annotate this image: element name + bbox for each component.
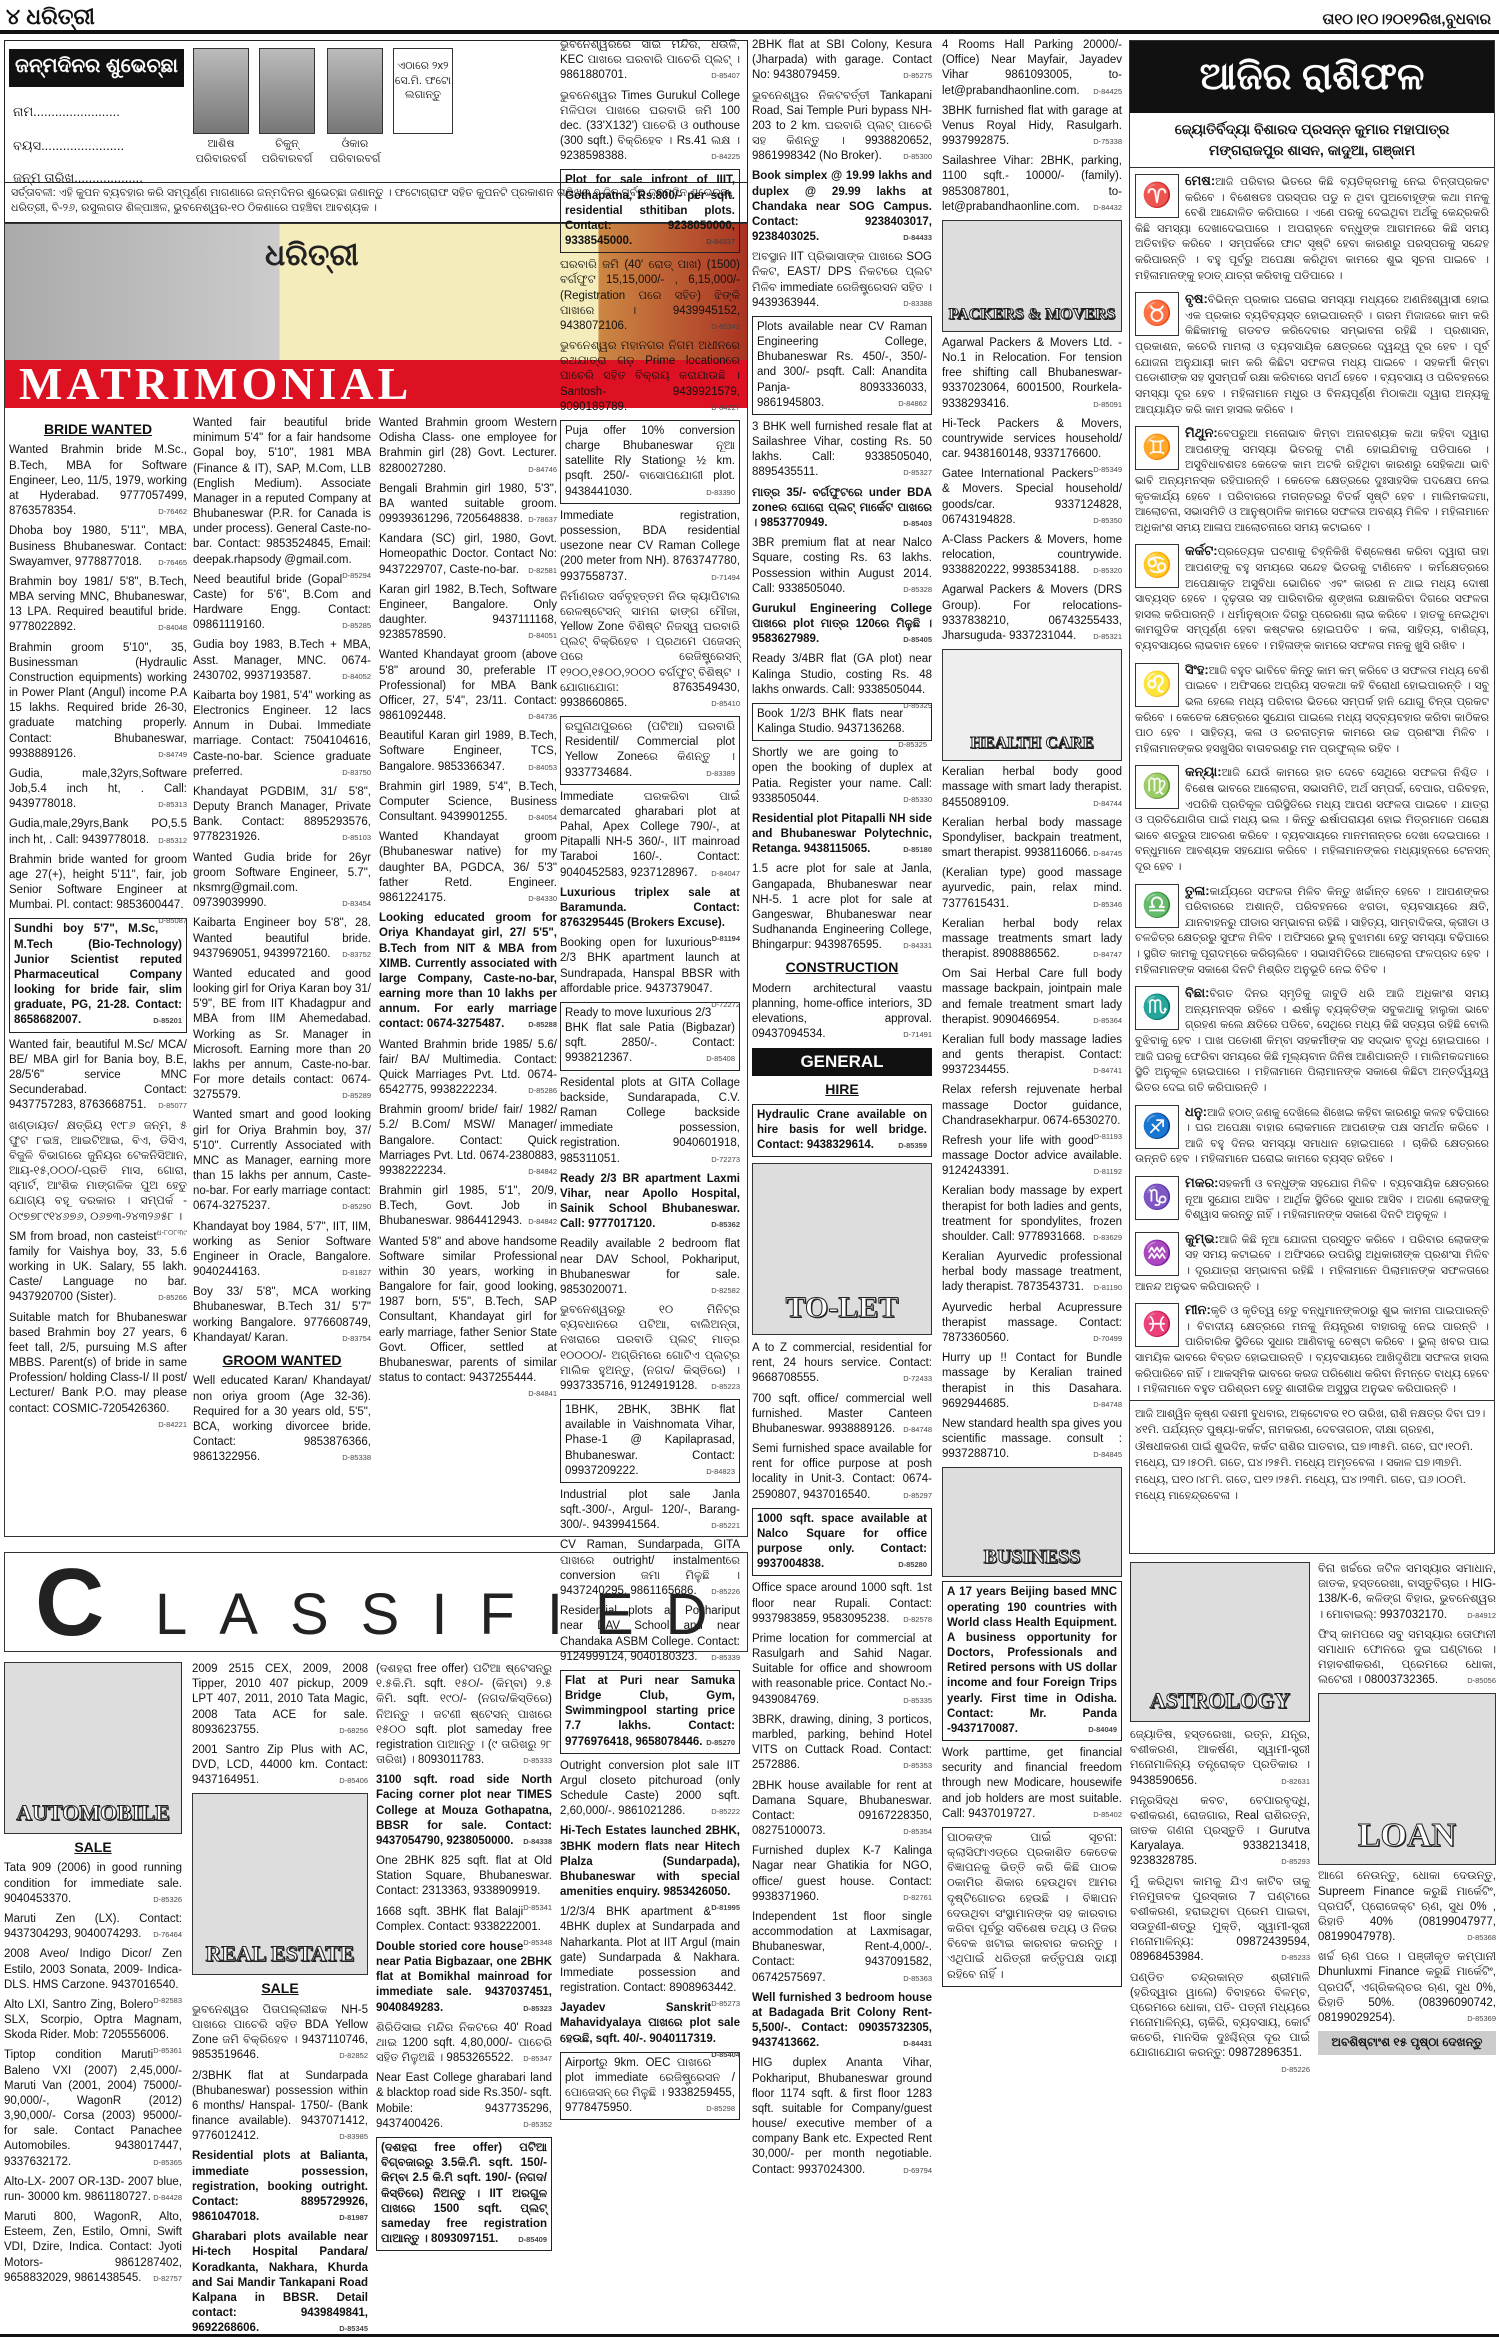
ad-code: D-85288 (528, 1020, 557, 1030)
ad-text: Ready 3/4BR flat (GA plot) near Kalinga … (752, 653, 932, 695)
classified-ad: Wanted smart and good looking girl for O… (193, 1108, 371, 1214)
classified-ad: 2009 2515 CEX, 2009, 2008 Tipper, 2010 4… (192, 1662, 368, 1738)
classified-ad: Brahmin groom/ bride/ fair/ 1982/ 5.2/ B… (379, 1103, 557, 1179)
ad-code: D-84330 (528, 894, 557, 904)
age-field: ବୟସ....................... (13, 137, 124, 154)
classified-ad: Om Sai Herbal Care full body massage bac… (942, 967, 1122, 1028)
classified-ad: ପଣ୍ଡିତ ଚନ୍ଦ୍ରକାନ୍ତ ଶ୍ରୀମାଳି (ହରିଦ୍ୱାର ୱା… (1130, 1971, 1310, 2062)
classified-ad: ଭୁବନେଶ୍ୱରରେ ସାଇ ମନ୍ଦିର, ଧଉଳି, KEC ପାଖରେ … (560, 38, 740, 84)
matrimonial-col-1: BRIDE WANTED Wanted Brahmin bride M.Sc.,… (9, 416, 187, 1430)
classified-ad: Maruti Zen (LX). Contact: 9437304293, 90… (4, 1912, 182, 1942)
ad-code: D-85347 (523, 2054, 552, 2064)
zodiac-entry: ♏ବିଛା:ବିଗତ ଦିନର ସ୍ମୃତିକୁ ଜାବୁଡି ଧରି ଆଜି … (1130, 980, 1494, 1098)
ad-code: D-85286 (528, 1086, 557, 1096)
zodiac-entry: ♒କୁମ୍ଭ:ଆଜି କିଛି ନୂଆ ଯୋଜନା ପ୍ରସ୍ତୁତ କରିବେ… (1130, 1226, 1494, 1297)
classified-ad: Puja offer 10% conversion charge Bhubane… (560, 420, 740, 504)
classified-ad: ଫିସ୍ କାମପରେ ସବୁ ସମସ୍ୟାର ତୋଫାନୀ ସମାଧାନ ଫୋ… (1318, 1628, 1496, 1689)
zodiac-entry: ♎ତୁଳା:କାର୍ଯ୍ୟରେ ସଫଳତା ମିଳିବ କିନ୍ତୁ ଖର୍ଚ୍… (1130, 878, 1494, 981)
classified-ad: Ready to move luxurious 2/3 BHK flat sal… (560, 1002, 740, 1071)
classified-ad: SM from broad, non casteist family for V… (9, 1230, 187, 1306)
classified-ad: ଘରବାରି ଜମି (40' ରୋଡ୍ ପାଖ) (1500) ବର୍ଗଫୁଟ… (560, 258, 740, 334)
ad-code: D-81987 (339, 2213, 368, 2223)
ad-code: D-81827 (342, 1268, 371, 1278)
zodiac-text: ସହକର୍ମୀ ଓ ବନ୍ଧୁଙ୍କ ସହଯୋଗ ମିଳିବ । ବ୍ୟବସାୟ… (1185, 1178, 1489, 1221)
classified-ad: Brahmin boy 1981/ 5'8", B.Tech, MBA serv… (9, 575, 187, 636)
astrology-banner: ASTROLOGY (1130, 1562, 1310, 1722)
ad-code: D-84842 (528, 1167, 557, 1177)
ad-code: D-85280 (898, 1560, 927, 1570)
classified-ad: ଭୁବନେଶ୍ୱର ପିତାପଲ୍ଲୀଛକ NH-5 ପାଖରେ ପାଚେରି … (192, 2003, 368, 2064)
zodiac-text: କୃତି ଓ କୃତିତ୍ୱ ହେତୁ ବନ୍ଧୁମାନଙ୍କଠାରୁ ଶୁଭ … (1135, 1305, 1489, 1395)
to-let-banner: TO-LET (752, 1163, 932, 1335)
ad-code: D-71491 (903, 1030, 932, 1040)
ad-code: D-84744 (1093, 799, 1122, 809)
ad-code: D-84736 (528, 712, 557, 722)
classified-ad: ମନ୍ତ୍ରସିଦ୍ଧ କବଚ, ବେପାରବୃଦ୍ଧି, ବଶୀକରଣ, ରୋ… (1130, 1794, 1310, 1870)
ad-code: D-85091 (1093, 400, 1122, 410)
zodiac-icon: ♊ (1135, 426, 1179, 470)
classified-ad: 2008 Aveo/ Indigo Dicor/ Zen Estilo, 200… (4, 1947, 182, 1993)
zodiac-name: ବିଛା: (1185, 985, 1209, 1000)
ad-code: D-85407 (711, 71, 740, 81)
ad-code: D-85335 (903, 1696, 932, 1706)
classified-ad: Wanted Khandayat groom (above 5'8" aroun… (379, 648, 557, 724)
classified-ad: 1BHK, 2BHK, 3BHK flat available in Vaish… (560, 1399, 740, 1483)
classified-ad: 2/3BHK flat at Sundarpada (Bhubaneswar) … (192, 2069, 368, 2145)
classified-ad: ଶିରିଡିସାଇ ମନ୍ଦିର ନିକଟରେ 40' Road ଥାଇ 120… (376, 2021, 552, 2067)
ad-code: D-85402 (1093, 1810, 1122, 1820)
classified-ad: 1/2/3/4 BHK apartment & 4BHK duplex at S… (560, 1905, 740, 1996)
matrimonial-col-3: Wanted Brahmin groom Western Odisha Clas… (379, 416, 557, 1399)
ad-code: D-84842 (528, 1217, 557, 1227)
classified-ad: Gurukul Engineering College ପାଖରେ plot ମ… (752, 602, 932, 648)
ad-code: D-84054 (528, 813, 557, 823)
classified-ad: Dhoba boy 1980, 5'11", MBA, Business Bhu… (9, 524, 187, 570)
ad-text: Hi-Tech Estates launched 2BHK, 3BHK mode… (560, 1825, 740, 1898)
ad-code: D-85297 (903, 1491, 932, 1501)
ad-code: D-85313 (158, 800, 187, 810)
classified-ad: Ready 2/3 BR apartment Laxmi Vihar, near… (560, 1172, 740, 1233)
name-field: ନାମ........................ (13, 103, 120, 120)
ad-code: D-84425 (1093, 87, 1122, 97)
health-care-banner: HEALTH CARE (942, 649, 1122, 761)
classified-ad: Keralian body massage by expert therapis… (942, 1184, 1122, 1245)
classified-ad: Work parttime, get financial security an… (942, 1746, 1122, 1822)
loan-banner: LOAN (1318, 1693, 1496, 1865)
matrimonial-col-2: Wanted fair beautiful bride minimum 5'4"… (193, 416, 371, 1470)
realestate-col-a: ଭୁବନେଶ୍ୱରରେ ସାଇ ମନ୍ଦିର, ଧଉଳି, KEC ପାଖରେ … (560, 38, 740, 2125)
ad-code: D-81192 (1094, 1167, 1122, 1177)
classified-ad: ଆଗେ ନେଉନ୍ତୁ, ଧୋକା ଦେଉନ୍ତୁ, Supreem Finan… (1318, 1869, 1496, 1945)
classified-ad: 700 sqft. office/ commercial well furnis… (752, 1392, 932, 1438)
zodiac-text: ବେପରୁଆ ମନୋଭାବ କିମ୍ବା ଅନାବଶ୍ୟକ କଥା କହିବା … (1135, 428, 1489, 534)
zodiac-icon: ♌ (1135, 663, 1179, 707)
classified-ad: 2001 Santro Zip Plus with AC, DVD, LCD, … (192, 1743, 368, 1789)
classified-ad: Hi-Tech Estates launched 2BHK, 3BHK mode… (560, 1824, 740, 1900)
zodiac-entry: ♌ସିଂହ:ଆଜି ବହୁତ ଭାବିବେ କିନ୍ତୁ କାମ କମ୍ କରି… (1130, 657, 1494, 760)
classified-ad: Prime location for commercial at Rasulga… (752, 1632, 932, 1708)
zodiac-name: ସିଂହ: (1185, 662, 1209, 677)
business-banner: BUSINESS (942, 1467, 1122, 1577)
classified-ad: Gharabari plots available near Hi-tech H… (192, 2230, 368, 2336)
ad-code: D-85338 (342, 1453, 371, 1463)
ad-code: D-82578 (903, 1615, 932, 1625)
ad-code: D-85323 (523, 2004, 552, 2014)
ad-code: D-84428 (153, 2193, 182, 2203)
zodiac-icon: ♐ (1135, 1105, 1179, 1149)
ad-code: D-84052 (342, 672, 371, 682)
classified-ad: Plots available near CV Raman Engineerin… (752, 316, 932, 415)
classified-ad: ଖର୍ଚ୍ଚ ଋଣ ପରେ । ପଞ୍ଜୀକୃତ କମ୍ପାନୀ Dhunlux… (1318, 1950, 1496, 2026)
classified-ad: Semi furnished space available for rent … (752, 1442, 932, 1503)
ad-text: 1/2/3/4 BHK apartment & 4BHK duplex at S… (560, 1906, 740, 1994)
zodiac-name: କର୍କଟ: (1185, 543, 1218, 558)
zodiac-icon: ♓ (1135, 1303, 1179, 1347)
ad-code: D-85346 (1093, 900, 1122, 910)
ad-code: D-85325 (898, 740, 927, 750)
classified-ad: Airportରୁ 9km. OEC ପାଖରେ plot immediate … (560, 2052, 740, 2121)
ad-code: D-85294 (342, 571, 371, 581)
zodiac-entry: ♋କର୍କଟ:ପ୍ରତ୍ୟେକ ଘଟଣାକୁ ଚିହ୍ନିକିଖି ବିଶ୍ଳେ… (1130, 538, 1494, 656)
ad-text: Wanted smart and good looking girl for O… (193, 1109, 371, 1212)
issue-date: ତା୧୦।୧୦।୨୦୧୨ରିଖ,ବୁଧବାର (1322, 10, 1491, 30)
classified-ad: HIG duplex Ananta Vihar, Pokhariput, Bhu… (752, 2056, 932, 2177)
ad-code: D-85354 (903, 1827, 932, 1837)
ad-code: D-85298 (706, 2104, 735, 2114)
ad-text: Book 1/2/3 BHK flats near Kalinga Studio… (757, 708, 905, 735)
ad-code: D-84051 (528, 631, 557, 641)
classified-ad: Wanted Brahmin groom Western Odisha Clas… (379, 416, 557, 477)
ad-code: D-85362 (711, 1220, 740, 1230)
classified-ad: 3100 sqft. road side North Facing corner… (376, 1773, 552, 1849)
classified-ad: 3BRK, drawing, dining, 3 porticos, marbl… (752, 1713, 932, 1774)
ad-text: Sundhi boy 5'7", M.Sc, M.Tech (Bio-Techn… (14, 923, 182, 1026)
packers-movers-banner: PACKERS & MOVERS (942, 220, 1122, 332)
ad-code: D-84748 (903, 1425, 932, 1435)
classified-ad: ଭୁବନେଶ୍ୱରରୁ ୧୦ ମିନିଟ୍ର ବ୍ୟବଧାନରେ ପଟିଆ, ବ… (560, 1303, 740, 1394)
auto-realestate-col: 2009 2515 CEX, 2009, 2008 Tipper, 2010 4… (192, 1662, 368, 2341)
ad-text: 2008 Aveo/ Indigo Dicor/ Zen Estilo, 200… (4, 1948, 182, 1990)
ad-text: Brahmin groom 5'10", 35, Businessman (Hy… (9, 642, 187, 760)
groom-wanted-heading: GROOM WANTED (193, 1351, 371, 1369)
ad-code: D-84047 (711, 869, 740, 879)
ad-text: ପାଠକଙ୍କ ପାଇଁ ସୂଚନା: କ୍ଲାସିଫାଏଡ୍ରେ ପ୍ରକାଶ… (947, 1832, 1117, 1981)
classified-ad: Hydraulic Crane available on hire basis … (752, 1104, 932, 1158)
classified-ad: Bengali Brahmin girl 1980, 5'3", BA want… (379, 482, 557, 528)
ad-text: One 2BHK 825 sqft. flat at Old Station S… (376, 1855, 552, 1897)
classified-ad: Keralian Ayurvedic professional herbal b… (942, 1250, 1122, 1296)
classified-ad: Agarwal Packers & Movers (DRS Group). Fo… (942, 583, 1122, 644)
birthday-title: ଜନ୍ମଦିନର ଶୁଭେଚ୍ଛା (9, 49, 184, 87)
ad-code: D-72272 (711, 1000, 740, 1010)
ad-code: ଧ-୮୦୮୩୯ (157, 1228, 187, 1238)
ad-text: Tiptop condition Maruti Baleno VXI (2007… (4, 2049, 182, 2167)
zodiac-entry: ♍କନ୍ୟା:ଆଜି ଯେଉଁ କାମରେ ହାତ ଦେବେ ସେଥିରେ ସଫ… (1130, 759, 1494, 877)
classified-ad: 2BHK flat at SBI Colony, Kesura (Jharpad… (752, 38, 932, 84)
classified-ad: Modern architectural vaastu planning, ho… (752, 982, 932, 1043)
classified-ad: Khandayat PGDBIM, 31/ 5'8", Deputy Branc… (193, 785, 371, 846)
construction-heading: CONSTRUCTION (752, 958, 932, 976)
classified-ad: Plot for sale infront of IIIT, Gothapatn… (560, 169, 740, 253)
classified-ad: ଭୁବନେଶ୍ୱର ମହାନଗର ନିଗମ ଅଧୀନରେ ରଥଯାତ୍ରା ଗଡ… (560, 339, 740, 415)
classified-ad: ମୁଁ କରିଥିବା କାମକୁ ଯିଏ କାଟିବ ତାକୁ ମନମୁତାବ… (1130, 1875, 1310, 1966)
classified-ad: Boy 33/ 5'8", MCA working Bhubaneswar, B… (193, 1285, 371, 1346)
ad-code: D-83752 (342, 950, 371, 960)
ad-code: D-82761 (903, 1893, 932, 1903)
ad-text: (ଦଶହରା free offer) ପଟିଆ ଷ୍ଟେସନ୍ରୁ ୧.୫କି.… (376, 1663, 552, 1766)
ad-code: D-85410 (711, 699, 740, 709)
ad-text: Relax refersh rejuvenate herbal massage … (942, 1084, 1122, 1126)
ad-text: ମୁଁ କରିଥିବା କାମକୁ ଯିଏ କାଟିବ ତାକୁ ମନମୁତାବ… (1130, 1876, 1310, 1964)
classified-ad: Suitable match for Bhubaneswar based Bra… (9, 1311, 187, 1417)
classified-ad: Readily available 2 bedroom flat near DA… (560, 1237, 740, 1298)
classified-ad: Furnished duplex K-7 Kalinga Nagar near … (752, 1844, 932, 1905)
ad-code: D-84747 (1093, 950, 1122, 960)
ad-code: D-81995 (711, 1903, 740, 1913)
ad-code: D-85087 (158, 916, 187, 926)
classified-ad: 1000 sqft. space available at Nalco Squa… (752, 1508, 932, 1577)
ad-code: D-85405 (903, 635, 932, 645)
classified-ad: Agarwal Packers & Movers Ltd. - No.1 in … (942, 336, 1122, 412)
classified-ad: Hi-Teck Packers & Movers, countrywide se… (942, 417, 1122, 463)
classified-ad: A-Class Packers & Movers, home relocatio… (942, 533, 1122, 579)
ad-code: D-85223 (711, 1382, 740, 1392)
ad-code: D-82757 (153, 2274, 182, 2284)
ad-text: Wanted 5'8" and above handsome Software … (379, 1236, 557, 1385)
classified-ad: Office space around 1000 sqft. 1st floor… (752, 1581, 932, 1627)
classified-ad: Tata 909 (2006) in good running conditio… (4, 1861, 182, 1907)
classified-ad: Looking educated groom for Oriya Khanday… (379, 911, 557, 1032)
classified-ad: Near East College gharabari land & black… (376, 2071, 552, 2132)
ad-code: D-85320 (1093, 566, 1122, 576)
ad-code: D-76465 (158, 558, 187, 568)
classified-ad: Kaibarta Engineer boy 5'8", 28. Wanted b… (193, 916, 371, 962)
zodiac-icon: ♉ (1135, 292, 1179, 336)
ad-code: D-85363 (903, 1974, 932, 1984)
zodiac-name: ମେଷ: (1185, 173, 1215, 188)
classified-ad: ମାତ୍ର 35/- ବର୍ଗଫୁଟରେ under BDA zoneର ଘୋର… (752, 486, 932, 532)
ad-text: Luxurious triplex sale at Baramunda. Con… (560, 887, 740, 929)
zodiac-entry: ♊ମିଥୁନ:ବେପରୁଆ ମନୋଭାବ କିମ୍ବା ଅନାବଶ୍ୟକ କଥା… (1130, 420, 1494, 538)
classified-banner: C LASSIFIED (4, 1552, 748, 1652)
ad-code: D-85403 (903, 519, 932, 529)
auto-sale-heading: SALE (4, 1838, 182, 1856)
classified-ad: Well furnished 3 bedroom house at Badaga… (752, 1991, 932, 2052)
realestate-col-c: 4 Rooms Hall Parking 20000/- (Office) Ne… (942, 38, 1122, 1992)
ad-code: D-84912 (1467, 1611, 1496, 1621)
classified-ad: ବିନା ଖର୍ଚ୍ଚରେ ଜଟିଳ ସମସ୍ୟାର ସମାଧାନ, ଜାତକ,… (1318, 1562, 1496, 1623)
ad-text: Wanted fair beautiful bride minimum 5'4"… (193, 417, 371, 566)
ad-code: D-84748 (1093, 1400, 1122, 1410)
zodiac-name: ମୀନ: (1185, 1302, 1211, 1317)
classified-ad: Brahmin girl 1985, 5'1", 20/9, B.Tech, G… (379, 1184, 557, 1230)
ad-code: D-85350 (1093, 516, 1122, 526)
classified-ad: Sundhi boy 5'7", M.Sc, M.Tech (Bio-Techn… (9, 918, 187, 1032)
ad-code: D-84225 (711, 152, 740, 162)
classified-ad: Wanted fair beautiful bride minimum 5'4"… (193, 416, 371, 568)
ad-code: D-68256 (339, 1726, 368, 1736)
classified-ad: New standard health spa gives you scient… (942, 1417, 1122, 1463)
panchang-note: ଆଜି ଆଶ୍ୱିନ କୃଷ୍ଣ ଦଶମୀ ବୁଧବାର, ଅକ୍ଟୋବର ୧୦… (1130, 1400, 1494, 1510)
classified-ad: Need beautiful bride (Gopal Caste) for 5… (193, 573, 371, 634)
classified-ad: Kaibarta boy 1981, 5'4" working as Elect… (193, 689, 371, 780)
classified-ad: ଖଣ୍ଡାୟତ/ କ୍ଷତ୍ରିୟ ୧୯୮୬ ଜନ୍ମ, ୫ ଫୁଟ ୮ଇଞ୍ଚ… (9, 1119, 187, 1225)
classified-ad: Ayurvedic herbal Acupressure therapist m… (942, 1301, 1122, 1347)
classified-ad: Residential plot Pitapalli NH side and B… (752, 812, 932, 858)
re-sale-heading: SALE (192, 1979, 368, 1997)
classified-ad: Keralian herbal body massage Spondyliser… (942, 816, 1122, 862)
ad-code: D-82582 (711, 1286, 740, 1296)
classified-ad: Wanted 5'8" and above handsome Software … (379, 1235, 557, 1387)
classified-ad: 3BR premium flat at near Nalco Square, c… (752, 536, 932, 597)
ad-code: D-85348 (523, 1938, 552, 1948)
ad-code: D-83390 (706, 488, 735, 498)
ad-text: Residental plots at GITA Collage backsid… (560, 1077, 740, 1165)
ad-text: Hi-Teck Packers & Movers, countrywide se… (942, 418, 1122, 460)
classified-ad: Brahmin groom 5'10", 35, Businessman (Hy… (9, 641, 187, 762)
bride-wanted-heading: BRIDE WANTED (9, 420, 187, 438)
ad-code: D-85353 (903, 1761, 932, 1771)
ad-code: D-85329 (903, 701, 932, 711)
ad-code: D-78637 (528, 515, 557, 525)
ad-text: Booking open for luxurious 2/3 BHK apart… (560, 937, 740, 995)
ad-code: D-85056 (1467, 1676, 1496, 1686)
astrology-col: ASTROLOGY ଜ୍ୟୋତିଷ, ହସ୍ତରେଖା, ରତ୍ନ, ଯନ୍ତ୍… (1130, 1562, 1310, 2075)
ad-code: D-82581 (528, 566, 557, 576)
classified-ad: Gatee International Packers & Movers. Sp… (942, 467, 1122, 528)
ad-code: D-82583 (153, 1996, 182, 2006)
classified-ad: Independent 1st floor single accommodati… (752, 1910, 932, 1986)
ad-code: D-85222 (711, 1807, 740, 1817)
ad-code: D-85406 (339, 1776, 368, 1786)
ad-code: D-85300 (903, 152, 932, 162)
automobile-col: AUTOMOBILE SALE Tata 909 (2006) in good … (4, 1662, 182, 2291)
page-header: ୪ ଧରିତ୍ରୀ ତା୧୦।୧୦।୨୦୧୨ରିଖ,ବୁଧବାର (0, 0, 1499, 34)
ad-text: Brahmin bride wanted for groom age 27(+)… (9, 854, 187, 912)
classified-ad: Beautiful Karan girl 1989, B.Tech, Softw… (379, 729, 557, 775)
ad-code: D-70499 (1093, 1334, 1122, 1344)
ad-code: D-85270 (706, 1738, 735, 1748)
ad-code: D-75338 (1093, 137, 1122, 147)
zodiac-icon: ♋ (1135, 544, 1179, 588)
ad-code: D-85352 (523, 2120, 552, 2130)
ad-code: D-84338 (523, 1837, 552, 1847)
zodiac-name: ମିଥୁନ: (1185, 425, 1218, 440)
classified-ad: Double storied core house near Patia Big… (376, 1940, 552, 2016)
classified-ad: Flat at Puri near Samuka Bridge Club, Gy… (560, 1670, 740, 1754)
ad-code: D-83389 (706, 769, 735, 779)
ad-code: D-85275 (903, 71, 932, 81)
ad-text: Suitable match for Bhubaneswar based Bra… (9, 1312, 187, 1415)
ad-text: ନିର୍ମାଣରତ ସର୍ବବୃହତ୍ତମ ନିଉ କ୍ୟାପିଟାଲ ରେଳଷ… (560, 591, 740, 709)
ad-text: ଭୁବନେଶ୍ୱରରୁ ୧୦ ମିନିଟ୍ର ବ୍ୟବଧାନରେ ପଟିଆ, ବ… (560, 1304, 740, 1392)
classified-ad: Gudia,male,29yrs,Bank PO,5.5 inch ht, . … (9, 817, 187, 847)
ad-code: D-85330 (903, 795, 932, 805)
ad-text: Kaibarta boy 1981, 5'4" working as Elect… (193, 690, 371, 778)
ad-text: Plots available near CV Raman Engineerin… (757, 321, 927, 409)
ad-code: D-76462 (158, 507, 187, 517)
ad-code: D-85312 (158, 836, 187, 846)
ad-code: D-84221 (158, 1420, 187, 1430)
zodiac-icon: ♍ (1135, 765, 1179, 809)
ad-code: D-83454 (342, 899, 371, 909)
continued-on-page-15[interactable]: ଅବଶିଷ୍ଟାଂଶ ୧୫ ପୃଷ୍ଠା ଦେଖନ୍ତୁ (1318, 2031, 1496, 2055)
ad-code: D-85328 (903, 585, 932, 595)
classified-ad: Shortly we are going to open the booking… (752, 746, 932, 807)
classified-ad: Keralian herbal body good massage with s… (942, 765, 1122, 811)
ad-text: Looking educated groom for Oriya Khanday… (379, 912, 557, 1030)
classified-ad: Immediate ଘରକରିବା ପାଇଁ demarcated gharab… (560, 790, 740, 881)
ad-code: D-85077 (158, 1101, 187, 1111)
classified-ad: Immediate registration, possession, BDA … (560, 509, 740, 585)
zodiac-text: କାର୍ଯ୍ୟରେ ସଫଳତା ମିଳିବ କିନ୍ତୁ ଖର୍ଚ୍ଚାନ୍ତ … (1135, 886, 1489, 976)
ad-code: D-85365 (153, 2158, 182, 2168)
classified-ad: Well educated Karan/ Khandayat/ non oriy… (193, 1374, 371, 1465)
zodiac-entry: ♑ମକର:ସହକର୍ମୀ ଓ ବନ୍ଧୁଙ୍କ ସହଯୋଗ ମିଳିବ । ବ୍… (1130, 1170, 1494, 1226)
real-estate-banner: REAL ESTATE (192, 1793, 368, 1975)
classified-ad: Luxurious triplex sale at Baramunda. Con… (560, 886, 740, 932)
classified-ad: ନିର୍ମାଣରତ ସର୍ବବୃହତ୍ତମ ନିଉ କ୍ୟାପିଟାଲ ରେଳଷ… (560, 590, 740, 711)
ad-code: D-72273 (711, 1155, 740, 1165)
ad-code: D-85233 (1281, 1953, 1310, 1963)
ad-code: D-85201 (153, 1016, 182, 1026)
general-heading: GENERAL (752, 1048, 932, 1076)
classified-ad: 1.5 acre plot for sale at Janla, Gangapa… (752, 862, 932, 953)
ad-code: D-85364 (1093, 1016, 1122, 1026)
ad-code: D-85408 (706, 1054, 735, 1064)
classified-ad: One 2BHK 825 sqft. flat at Old Station S… (376, 1854, 552, 1900)
classified-ad: Karan girl 1982, B.Tech, Software Engine… (379, 583, 557, 644)
classified-ad: ଭୁବନେଶ୍ୱର Times Gurukul College ମଳିପଡା ପ… (560, 89, 740, 165)
ad-code: D-84049 (1088, 1725, 1117, 1735)
ad-code: D-85345 (339, 2324, 368, 2334)
ad-code: D-85409 (518, 2235, 547, 2245)
classified-ad: 3BHK furnished flat with garage at Venus… (942, 104, 1122, 150)
ad-text: Immediate ଘରକରିବା ପାଇଁ demarcated gharab… (560, 791, 740, 879)
classified-ad: (ଦଶହରା free offer) ପଟିଆ ବିଗ୍ବଜାରରୁ 3.5କି… (376, 2137, 552, 2251)
zodiac-icon: ♑ (1135, 1176, 1179, 1220)
ad-text: HIG duplex Ananta Vihar, Pokhariput, Bhu… (752, 2057, 932, 2175)
ad-code: D-84841 (528, 1389, 557, 1399)
ad-text: (ଦଶହରା free offer) ପଟିଆ ବିଗ୍ବଜାରରୁ 3.5କି… (381, 2142, 547, 2245)
classified-ad: Relax refersh rejuvenate herbal massage … (942, 1083, 1122, 1129)
ad-code: D-69794 (903, 2166, 932, 2176)
ad-code: D-85327 (903, 468, 932, 478)
ad-code: D-85285 (342, 621, 371, 631)
ad-text: A 17 years Beijing based MNC operating 1… (947, 1586, 1117, 1735)
ad-text: ପଣ୍ଡିତ ଚନ୍ଦ୍ରକାନ୍ତ ଶ୍ରୀମାଳି (ହରିଦ୍ୱାର ୱା… (1130, 1972, 1310, 2060)
ad-code: D-76464 (153, 1930, 182, 1940)
classified-ad: ଅବସ୍ଥାନ IIT ପ୍ରିଭାସାଙ୍କ ପାଖରେ SOG ନିକଟ, … (752, 250, 932, 311)
ad-code: D-85369 (1467, 2014, 1496, 2024)
ad-code: D-72433 (903, 1374, 932, 1384)
classified-ad: 4 Rooms Hall Parking 20000/- (Office) Ne… (942, 38, 1122, 99)
ad-text: Well educated Karan/ Khandayat/ non oriy… (193, 1375, 371, 1463)
zodiac-text: ବିଗତ ଦିନର ସ୍ମୃତିକୁ ଜାବୁଡି ଧରି ଆଜି ଅଧିକାଂ… (1135, 988, 1489, 1094)
horoscope-title: ଆଜିର ରାଶିଫଳ (1130, 41, 1494, 113)
zodiac-icon: ♎ (1135, 884, 1179, 928)
classified-ad: Wanted Khandayat groom (Bhubaneswar nati… (379, 830, 557, 906)
ad-code: D-85333 (523, 1756, 552, 1766)
classified-ad: Gudia, male,32yrs,Software Job,5.4 inch … (9, 767, 187, 813)
zodiac-entry: ♈ମେଷ:ଆଜି ପରିବାର ଭିତରେ କିଛି ବ୍ୟତିକ୍ରମକୁ ନ… (1130, 168, 1494, 286)
classified-ad: Industrial plot sale Janla sqft.-300/-, … (560, 1488, 740, 1534)
ad-code: D-85103 (342, 833, 371, 843)
ad-code: D-85326 (153, 1895, 182, 1905)
ad-code: D-85349 (1093, 465, 1122, 475)
zodiac-text: ପ୍ରତ୍ୟେକ ଘଟଣାକୁ ଚିହ୍ନିକିଖି ବିଶ୍ଳେଷଣ କରିବ… (1135, 546, 1489, 652)
ad-text: 1.5 acre plot for sale at Janla, Gangapa… (752, 863, 932, 951)
